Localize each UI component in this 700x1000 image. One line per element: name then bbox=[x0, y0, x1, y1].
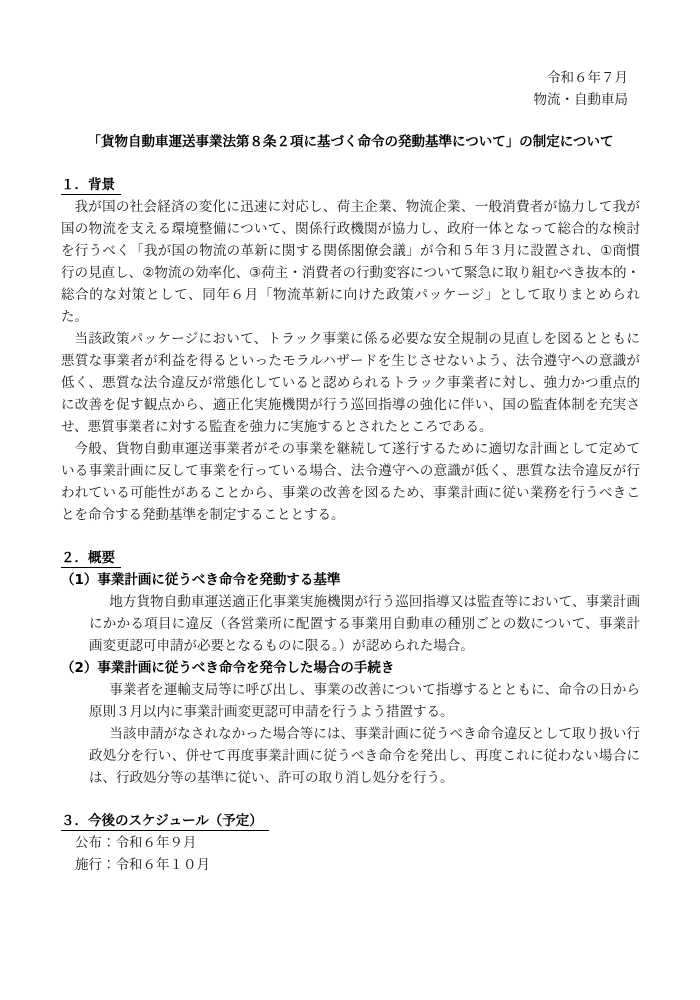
schedule-enforcement-line: 施行：令和６年１０月 bbox=[75, 854, 640, 876]
date-line: 令和６年７月 bbox=[61, 67, 628, 89]
section-2-sub-1-heading: （1）事業計画に従うべき命令を発動する基準 bbox=[61, 569, 640, 591]
section-2-sub-2-paragraph-1: 事業者を運輸支局等に呼び出し、事業の改善について指導するとともに、命令の日から原… bbox=[89, 679, 640, 723]
section-2-heading-text: ２．概要 bbox=[61, 550, 121, 568]
page-title: 「貨物自動車運送事業法第８条２項に基づく命令の発動基準について」の制定について bbox=[61, 131, 640, 153]
section-1-paragraph-3: 今般、貨物自動車運送事業者がその事業を継続して遂行するために適切な計画として定め… bbox=[61, 438, 640, 526]
document-page: 令和６年７月 物流・自動車局 「貨物自動車運送事業法第８条２項に基づく命令の発動… bbox=[0, 0, 700, 1000]
section-1-paragraph-2: 当該政策パッケージにおいて、トラック事業に係る必要な安全規制の見直しを図るととも… bbox=[61, 328, 640, 438]
department-line: 物流・自動車局 bbox=[61, 89, 628, 111]
section-1-heading-text: １．背景 bbox=[61, 177, 121, 195]
section-3-heading-text: ３．今後のスケジュール（予定） bbox=[61, 813, 269, 831]
section-2-sub-2-paragraph-2: 当該申請がなされなかった場合等には、事業計画に従うべき命令違反として取り扱い行政… bbox=[89, 723, 640, 789]
section-2-heading: ２．概要 bbox=[61, 547, 640, 569]
section-3-heading: ３．今後のスケジュール（予定） bbox=[61, 810, 640, 832]
section-1-paragraph-1: 我が国の社会経済の変化に迅速に対応し、荷主企業、物流企業、一般消費者が協力して我… bbox=[61, 196, 640, 328]
section-2-sub-2-heading: （2）事業計画に従うべき命令を発令した場合の手続き bbox=[61, 657, 640, 679]
schedule-publication-line: 公布：令和６年９月 bbox=[75, 832, 640, 854]
date-block: 令和６年７月 物流・自動車局 bbox=[61, 67, 640, 111]
section-2-sub-1-paragraph-1: 地方貨物自動車運送適正化事業実施機関が行う巡回指導又は監査等において、事業計画に… bbox=[89, 591, 640, 657]
section-1-heading: １．背景 bbox=[61, 174, 640, 196]
